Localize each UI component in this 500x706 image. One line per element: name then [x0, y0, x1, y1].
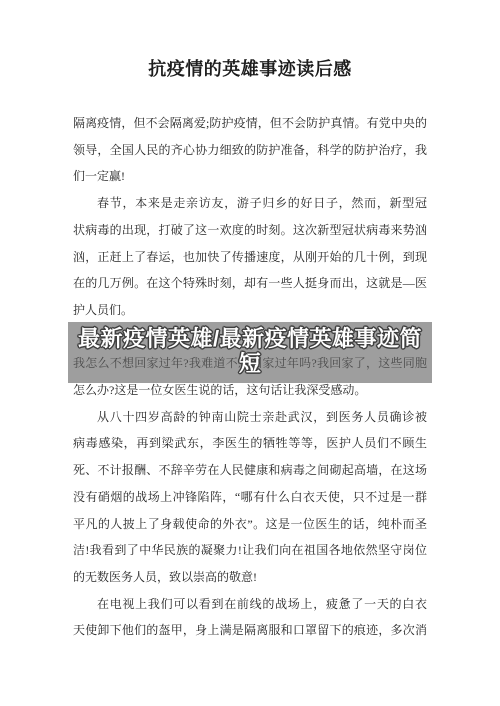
document-line: 春节，本来是走亲访友，游子归乡的好日子，然而，新型冠 [73, 190, 427, 217]
document-line: 天使卸下他们的盔甲，身上满是隔离服和口罩留下的痕迹，多次消 [73, 617, 427, 644]
document-line: 护人员们。 [73, 297, 427, 324]
document-line: 领导，全国人民的齐心协力细致的防护准备，科学的防护治疗，我 [73, 137, 427, 164]
overlay-title-line1: 最新疫情英雄/最新疫情英雄事迹简 [68, 326, 432, 351]
document-line: 在电视上我们可以看到在前线的战场上，疲惫了一天的白衣 [73, 591, 427, 618]
document-title: 抗疫情的英雄事迹读后感 [0, 55, 500, 81]
document-line: 们一定赢! [73, 163, 427, 190]
document-page: 抗疫情的英雄事迹读后感 隔离疫情，但不会隔离爱;防护疫情，但不会防护真情。有党中… [0, 0, 500, 706]
document-line: 的无数医务人员，致以崇高的敬意! [73, 564, 427, 591]
document-line: 隔离疫情，但不会隔离爱;防护疫情，但不会防护真情。有党中央的 [73, 110, 427, 137]
overlay-banner[interactable]: 最新疫情英雄/最新疫情英雄事迹简 短 [68, 322, 432, 383]
document-line: 病毒感染，再到梁武东，李医生的牺牲等等，医护人员们不顾生 [73, 430, 427, 457]
document-line: 从八十四岁高龄的钟南山院士亲赴武汉，到医务人员确诊被 [73, 404, 427, 431]
overlay-title-line2: 短 [68, 351, 432, 376]
document-line: 在的几万例。在这个特殊时刻，却有一些人挺身而出，这就是—医 [73, 270, 427, 297]
document-line: 没有硝烟的战场上冲锋陷阵，“哪有什么白衣天使，只不过是一群 [73, 484, 427, 511]
document-line: 死、不计报酬、不辞辛劳在人民健康和病毒之间砌起高墙，在这场 [73, 457, 427, 484]
document-line: 状病毒的出现，打破了这一欢度的时刻。这次新型冠状病毒来势汹 [73, 217, 427, 244]
document-line: 汹，正赶上了春运，也加快了传播速度，从刚开始的几十例，到现 [73, 244, 427, 271]
document-line: 洁!我看到了中华民族的凝聚力!让我们向在祖国各地依然坚守岗位 [73, 537, 427, 564]
document-line: 平凡的人披上了身载使命的外衣”。这是一位医生的话，纯朴而圣 [73, 511, 427, 538]
